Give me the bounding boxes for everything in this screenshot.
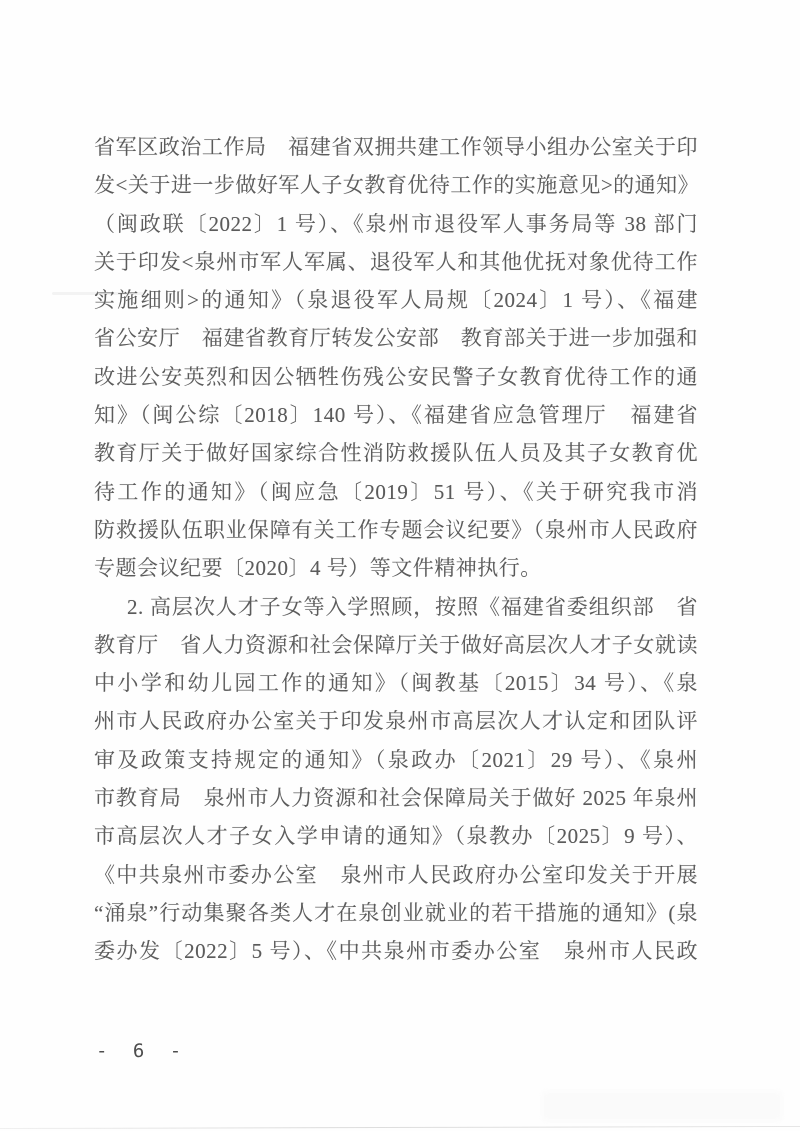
text-line: 教育厅 省人力资源和社会保障厅关于做好高层次人才子女就读 xyxy=(94,626,698,664)
text-line-paragraph-start: 2. 高层次人才子女等入学照顾，按照《福建省委组织部 省 xyxy=(94,588,698,626)
text-line: 州市人民政府办公室关于印发泉州市高层次人才认定和团队评 xyxy=(94,702,698,740)
page-number: - 6 - xyxy=(96,1040,188,1062)
text-line: 防救援队伍职业保障有关工作专题会议纪要》（泉州市人民政府 xyxy=(94,511,698,549)
text-line: 教育厅关于做好国家综合性消防救援队伍人员及其子女教育优 xyxy=(94,434,698,472)
scan-bottom-edge xyxy=(0,1126,800,1129)
text-line: 《中共泉州市委办公室 泉州市人民政府办公室印发关于开展 xyxy=(94,856,698,894)
text-line: 专题会议纪要〔2020〕4 号）等文件精神执行。 xyxy=(94,549,698,587)
text-line: “涌泉”行动集聚各类人才在泉创业就业的若干措施的通知》(泉 xyxy=(94,894,698,932)
document-page: 省军区政治工作局 福建省双拥共建工作领导小组办公室关于印 发<关于进一步做好军人… xyxy=(0,0,800,1131)
text-line: 审及政策支持规定的通知》（泉政办〔2021〕29 号）、《泉州 xyxy=(94,741,698,779)
text-line: 待工作的通知》（闽应急〔2019〕51 号）、《关于研究我市消 xyxy=(94,473,698,511)
text-line: 改进公安英烈和因公牺牲伤残公安民警子女教育优待工作的通 xyxy=(94,358,698,396)
faint-watermark-artifact xyxy=(542,1091,782,1121)
text-line: 中小学和幼儿园工作的通知》（闽教基〔2015〕34 号）、《泉 xyxy=(94,664,698,702)
body-text: 省军区政治工作局 福建省双拥共建工作领导小组办公室关于印 发<关于进一步做好军人… xyxy=(94,128,698,971)
text-line: 委办发〔2022〕5 号）、《中共泉州市委办公室 泉州市人民政 xyxy=(94,932,698,970)
text-line: 省公安厅 福建省教育厅转发公安部 教育部关于进一步加强和 xyxy=(94,319,698,357)
text-line: 实施细则>的通知》（泉退役军人局规〔2024〕1 号）、《福建 xyxy=(94,281,698,319)
text-line: 市高层次人才子女入学申请的通知》（泉教办〔2025〕9 号）、 xyxy=(94,817,698,855)
text-line: 发<关于进一步做好军人子女教育优待工作的实施意见>的通知》 xyxy=(94,166,698,204)
text-line: 知》（闽公综〔2018〕140 号）、《福建省应急管理厅 福建省 xyxy=(94,396,698,434)
text-line: （闽政联〔2022〕1 号）、《泉州市退役军人事务局等 38 部门 xyxy=(94,205,698,243)
text-line: 省军区政治工作局 福建省双拥共建工作领导小组办公室关于印 xyxy=(94,128,698,166)
text-line: 市教育局 泉州市人力资源和社会保障局关于做好 2025 年泉州 xyxy=(94,779,698,817)
text-line: 关于印发<泉州市军人军属、退役军人和其他优抚对象优待工作 xyxy=(94,243,698,281)
